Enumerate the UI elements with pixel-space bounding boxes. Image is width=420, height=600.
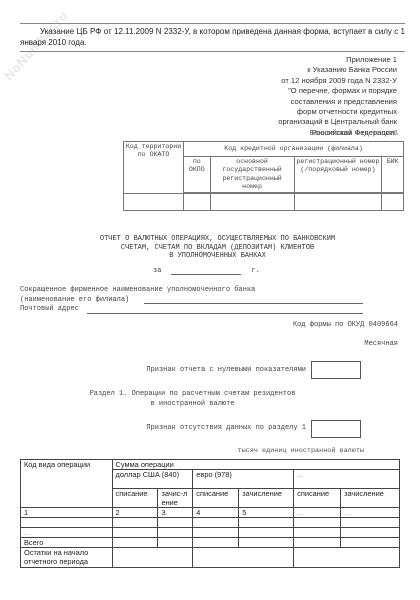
header-ogrn: основной государственный регистрационный…	[210, 157, 294, 194]
col-number: 3	[158, 508, 193, 518]
zero-indicator-label: Признак отчета с нулевыми показателями	[146, 366, 306, 374]
col-number: ...	[294, 508, 341, 518]
cell[interactable]	[112, 528, 158, 538]
period-input[interactable]	[171, 267, 241, 275]
section1-title-line2: в иностранной валюте	[80, 400, 305, 410]
header-okato: Код территории по ОКАТО	[124, 142, 184, 194]
header-sum: Сумма операции	[112, 460, 399, 470]
period-prefix: за	[153, 267, 161, 275]
header-credit: зачис-ление	[158, 489, 193, 508]
col-number: 5	[239, 508, 294, 518]
header-debit: списание	[193, 489, 239, 508]
cell[interactable]	[158, 528, 193, 538]
appendix-line: "О перечне, формах и порядке	[237, 86, 397, 96]
col-number: 4	[193, 508, 239, 518]
bank-reporting-label: Банковская отчетность	[310, 130, 398, 138]
cell[interactable]	[341, 538, 400, 548]
header-currency-eur: евро (978)	[193, 470, 294, 489]
units-label: тысяч единиц иностранной валюты	[238, 447, 364, 455]
cell[interactable]	[193, 528, 239, 538]
cell[interactable]	[294, 538, 341, 548]
appendix-line: составления и представления	[237, 97, 397, 107]
appendix-header: Приложение 1 к Указанию Банка России от …	[237, 55, 397, 138]
cell[interactable]	[239, 528, 294, 538]
report-period: заг.	[153, 267, 260, 275]
header-currency-usd: доллар США (840)	[112, 470, 193, 489]
header-credit: зачисление	[341, 489, 400, 508]
cell[interactable]	[294, 528, 341, 538]
cell[interactable]	[294, 518, 341, 528]
codes-table: Код территории по ОКАТО Код кредитной ор…	[123, 141, 404, 211]
header-credit-org: Код кредитной организации (филиала)	[184, 142, 404, 157]
row-label: ...	[21, 528, 113, 538]
col-number: ...	[341, 508, 400, 518]
cell[interactable]	[193, 518, 239, 528]
notice-text: Указание ЦБ РФ от 12.11.2009 N 2332-У, в…	[20, 27, 405, 47]
regnum-cell[interactable]	[294, 193, 382, 210]
cell[interactable]	[112, 538, 158, 548]
okpo-cell[interactable]	[184, 193, 210, 210]
report-title-line: В УПОЛНОМОЧЕННЫХ БАНКАХ	[15, 252, 420, 261]
appendix-line: форм отчетности кредитных	[237, 107, 397, 117]
appendix-line: Приложение 1	[237, 55, 397, 65]
report-title: ОТЧЕТ О ВАЛЮТНЫХ ОПЕРАЦИЯХ, ОСУЩЕСТВЛЯЕМ…	[0, 235, 420, 261]
report-title-line: ОТЧЕТ О ВАЛЮТНЫХ ОПЕРАЦИЯХ, ОСУЩЕСТВЛЯЕМ…	[15, 235, 420, 244]
header-debit: списание	[112, 489, 158, 508]
cell[interactable]	[112, 548, 193, 568]
cell[interactable]	[158, 518, 193, 528]
cell[interactable]	[341, 518, 400, 528]
okud-code: Код формы по ОКУД 0409664	[293, 321, 398, 329]
appendix-line: организаций в Центральный банк	[237, 117, 397, 127]
cell[interactable]	[193, 548, 294, 568]
operations-table: Код вида операции Сумма операции доллар …	[20, 459, 400, 568]
effective-date-notice: Указание ЦБ РФ от 12.11.2009 N 2332-У, в…	[20, 23, 405, 52]
row-label: Всего	[21, 538, 113, 548]
okato-cell[interactable]	[124, 193, 184, 210]
appendix-line: к Указанию Банка России	[237, 65, 397, 75]
cell[interactable]	[239, 538, 294, 548]
table-row: ...	[21, 528, 400, 538]
column-numbers-row: 1 2 3 4 5 ... ...	[21, 508, 400, 518]
period-suffix: г.	[251, 267, 259, 275]
table-row	[21, 518, 400, 528]
cell[interactable]	[294, 548, 400, 568]
header-okpo: по ОКПО	[184, 157, 210, 194]
total-row: Всего	[21, 538, 400, 548]
cell[interactable]	[112, 518, 158, 528]
bank-name-label-line1: Сокращенное фирменное наименование уполн…	[20, 286, 255, 296]
col-number: 2	[112, 508, 158, 518]
col-number: 1	[21, 508, 113, 518]
header-currency-other: ...	[294, 470, 400, 489]
row-label	[21, 518, 113, 528]
row-label: Остатки на начало отчетного периода	[21, 548, 113, 568]
appendix-line: от 12 ноября 2009 года N 2332-У	[237, 76, 397, 86]
header-debit: списание	[294, 489, 341, 508]
cell[interactable]	[193, 538, 239, 548]
section1-title-line1: Раздел 1. Операции по расчетным счетам р…	[80, 390, 305, 400]
section1-title: Раздел 1. Операции по расчетным счетам р…	[80, 390, 305, 409]
report-title-line: СЧЕТАМ, СЧЕТАМ ПО ВКЛАДАМ (ДЕПОЗИТАМ) КЛ…	[15, 244, 420, 253]
header-bik: БИК	[382, 157, 404, 194]
postal-address-input[interactable]	[87, 313, 363, 314]
header-op-code: Код вида операции	[21, 460, 113, 508]
header-regnum: регистрационный номер (/порядковый номер…	[294, 157, 382, 194]
bik-cell[interactable]	[382, 193, 404, 210]
cell[interactable]	[239, 518, 294, 528]
bank-name-input[interactable]	[144, 303, 363, 304]
cell[interactable]	[341, 528, 400, 538]
opening-balance-row: Остатки на начало отчетного периода	[21, 548, 400, 568]
no-data-label: Признак отсутствия данных по разделу 1	[146, 424, 306, 432]
no-data-box[interactable]	[311, 420, 361, 438]
zero-indicator-box[interactable]	[311, 361, 361, 379]
postal-address-label: Почтовый адрес	[20, 305, 79, 315]
cell[interactable]	[158, 538, 193, 548]
ogrn-cell[interactable]	[210, 193, 294, 210]
header-credit: зачисление	[239, 489, 294, 508]
periodicity: Месячная	[364, 340, 398, 348]
